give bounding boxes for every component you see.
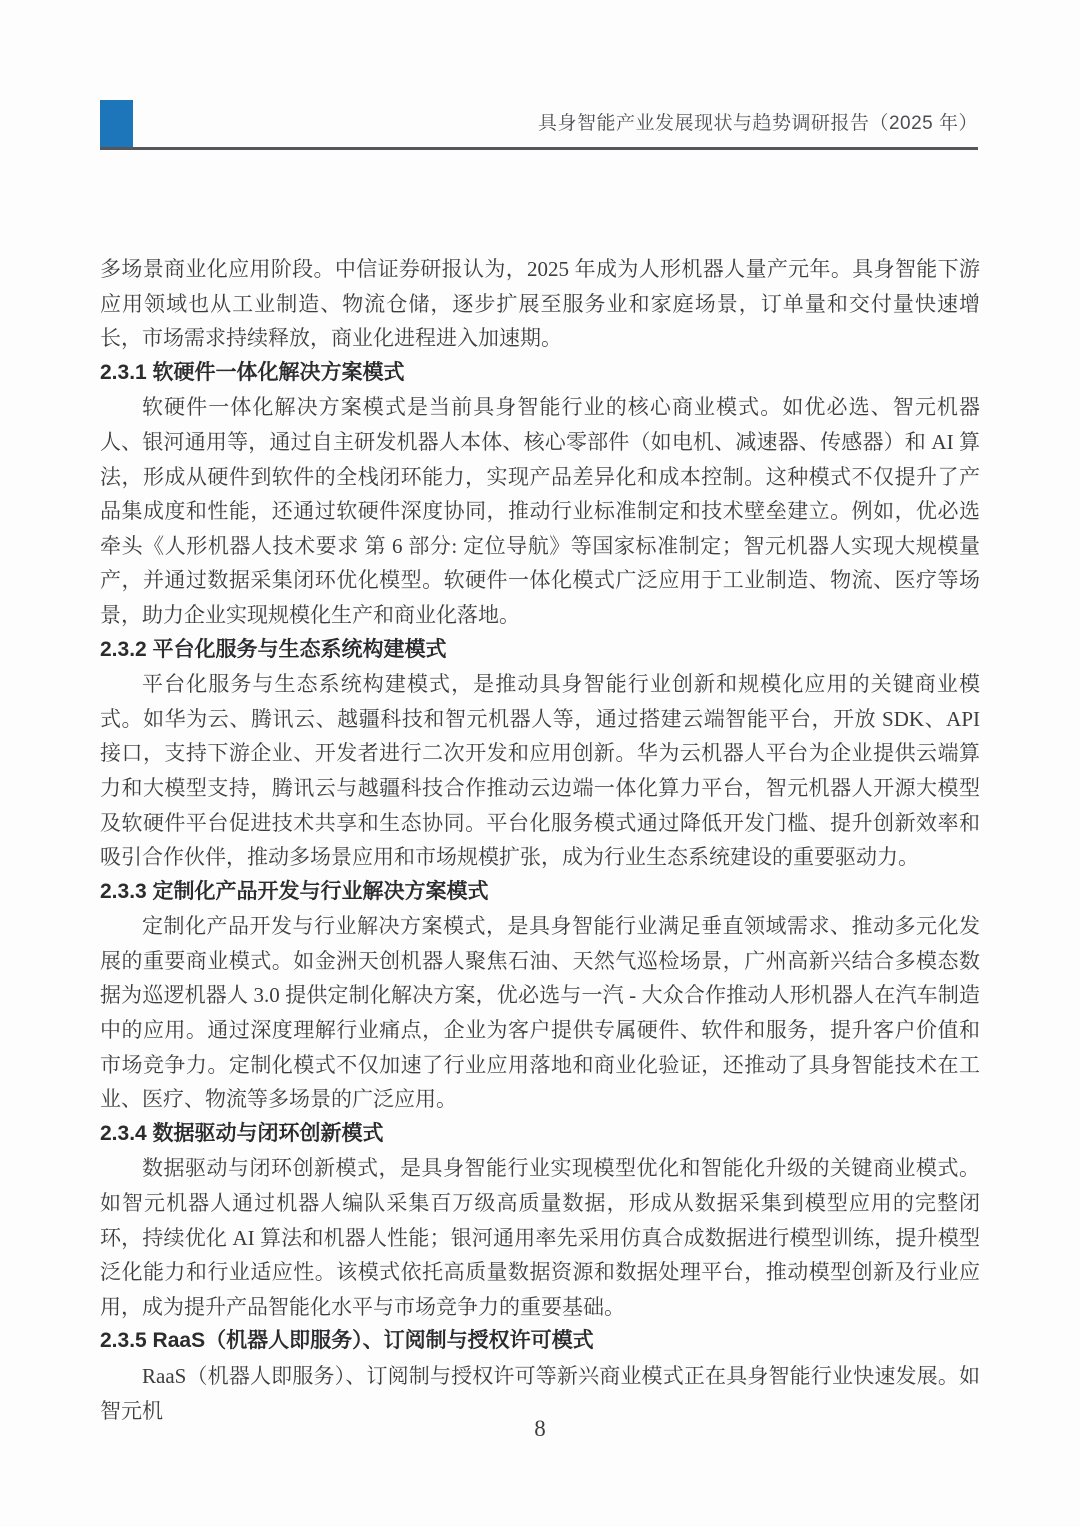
blue-accent-square: [100, 100, 133, 147]
section-heading-2-3-3: 2.3.3 定制化产品开发与行业解决方案模式: [100, 875, 980, 910]
section-heading-2-3-5: 2.3.5 RaaS（机器人即服务）、订阅制与授权许可模式: [100, 1324, 980, 1359]
document-body: 多场景商业化应用阶段。中信证券研报认为，2025 年成为人形机器人量产元年。具身…: [100, 252, 980, 1428]
page-number: 8: [0, 1416, 1080, 1442]
section-heading-2-3-4: 2.3.4 数据驱动与闭环创新模式: [100, 1117, 980, 1152]
section-heading-2-3-1: 2.3.1 软硬件一体化解决方案模式: [100, 356, 980, 391]
report-title: 具身智能产业发展现状与趋势调研报告（2025 年）: [538, 108, 978, 147]
report-page: 具身智能产业发展现状与趋势调研报告（2025 年） 多场景商业化应用阶段。中信证…: [0, 0, 1080, 1527]
intro-paragraph: 多场景商业化应用阶段。中信证券研报认为，2025 年成为人形机器人量产元年。具身…: [100, 252, 980, 356]
section-paragraph-2-3-2: 平台化服务与生态系统构建模式，是推动具身智能行业创新和规模化应用的关键商业模式。…: [100, 667, 980, 875]
page-header: 具身智能产业发展现状与趋势调研报告（2025 年）: [100, 0, 978, 150]
section-paragraph-2-3-3: 定制化产品开发与行业解决方案模式，是具身智能行业满足垂直领域需求、推动多元化发展…: [100, 909, 980, 1117]
section-heading-2-3-2: 2.3.2 平台化服务与生态系统构建模式: [100, 633, 980, 668]
section-paragraph-2-3-1: 软硬件一体化解决方案模式是当前具身智能行业的核心商业模式。如优必选、智元机器人、…: [100, 390, 980, 632]
section-paragraph-2-3-4: 数据驱动与闭环创新模式，是具身智能行业实现模型优化和智能化升级的关键商业模式。如…: [100, 1151, 980, 1324]
